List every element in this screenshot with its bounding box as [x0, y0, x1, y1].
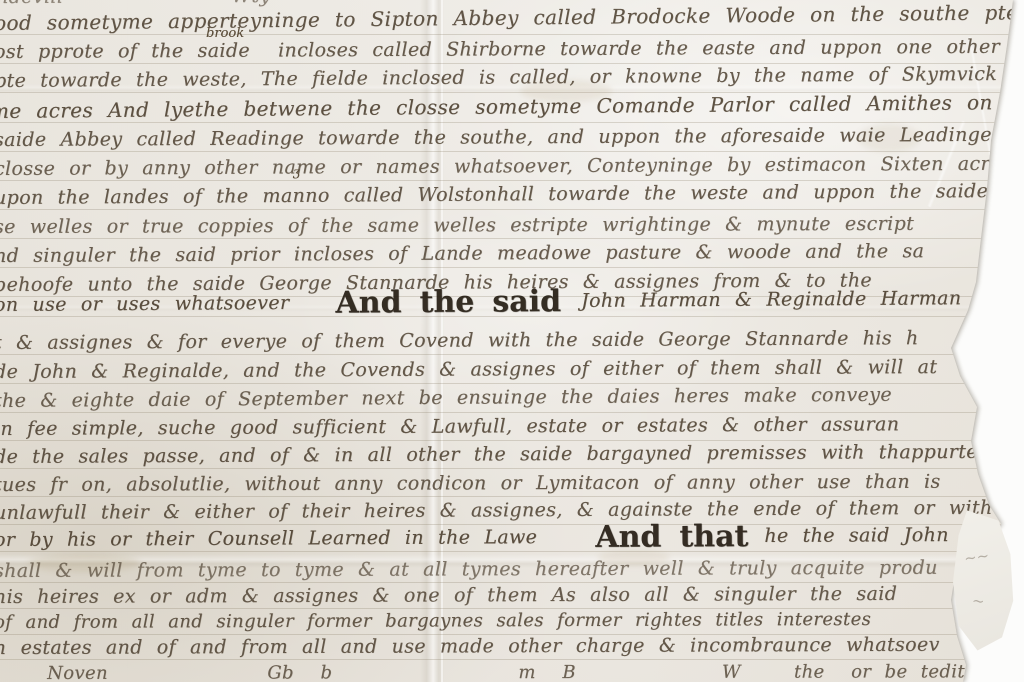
manuscript-line: de the sales passe, and of & in all othe…	[0, 439, 991, 470]
manuscript-line: his heires ex or adm & assignes & one of…	[0, 581, 897, 610]
manuscript-line: or by his or their Counsell Learned in t…	[0, 522, 949, 554]
manuscript-line: tues fr on, absolutlie, without anny con…	[0, 469, 941, 498]
parchment: ndevill Wty of estates & matters whatsoe…	[0, 0, 1024, 682]
manuscript-line: closse or by anny other name or names wh…	[0, 151, 990, 182]
manuscript-line: de John & Reginalde, and the Covends & a…	[0, 354, 937, 385]
line-segment: on use or uses whatsoever	[0, 292, 290, 316]
engrossed-phrase: And the said	[335, 284, 561, 321]
flap-ink-trace: ∼	[971, 591, 985, 610]
manuscript-line: in fee simple, suche good sufficient & L…	[0, 411, 899, 442]
flap-ink-trace: ∼∼	[963, 546, 990, 567]
interlinear-insertion: brook	[206, 26, 244, 41]
manuscript-line: upon the landes of the manno called Wols…	[0, 178, 988, 211]
manuscript-line: the & eighte daie of September next be e…	[0, 382, 892, 414]
manuscript-line: me acres And lyethe betwene the closse s…	[0, 88, 1024, 124]
manuscript-line: saide Abbey called Readinge towarde the …	[0, 122, 1023, 153]
photo-frame: Photograph of an early-modern English ma…	[0, 0, 1024, 682]
manuscript-line: ost pprote of the saide incloses called …	[0, 33, 1024, 65]
manuscript-line: on use or uses whatsoeverAnd the saidJoh…	[0, 285, 995, 319]
manuscript-line: se welles or true coppies of the same we…	[0, 211, 914, 240]
line-segment: he the said John	[764, 524, 949, 547]
line-segment: John Harman & Reginalde Harman hi	[581, 287, 995, 312]
manuscript-line: unlawfull their & either of their heires…	[0, 495, 993, 526]
interlinear-insertion: ʒ	[293, 165, 300, 179]
manuscript-line: shall & will from tyme to tyme & at all …	[0, 555, 938, 584]
line-segment: or by his or their Counsell Learned in t…	[0, 526, 537, 551]
manuscript-line: Noven Gb b m B W the or be tedit or am	[0, 659, 1024, 682]
paper-wrap: ndevill Wty of estates & matters whatsoe…	[0, 0, 1024, 682]
manuscript-line: h estates and of and from all and use ma…	[0, 632, 940, 661]
manuscript-line: t & assignes & for everye of them Covend…	[0, 325, 919, 356]
engrossed-phrase: And that	[595, 519, 748, 555]
manuscript-line: nd singuler the said prior incloses of L…	[0, 238, 924, 269]
